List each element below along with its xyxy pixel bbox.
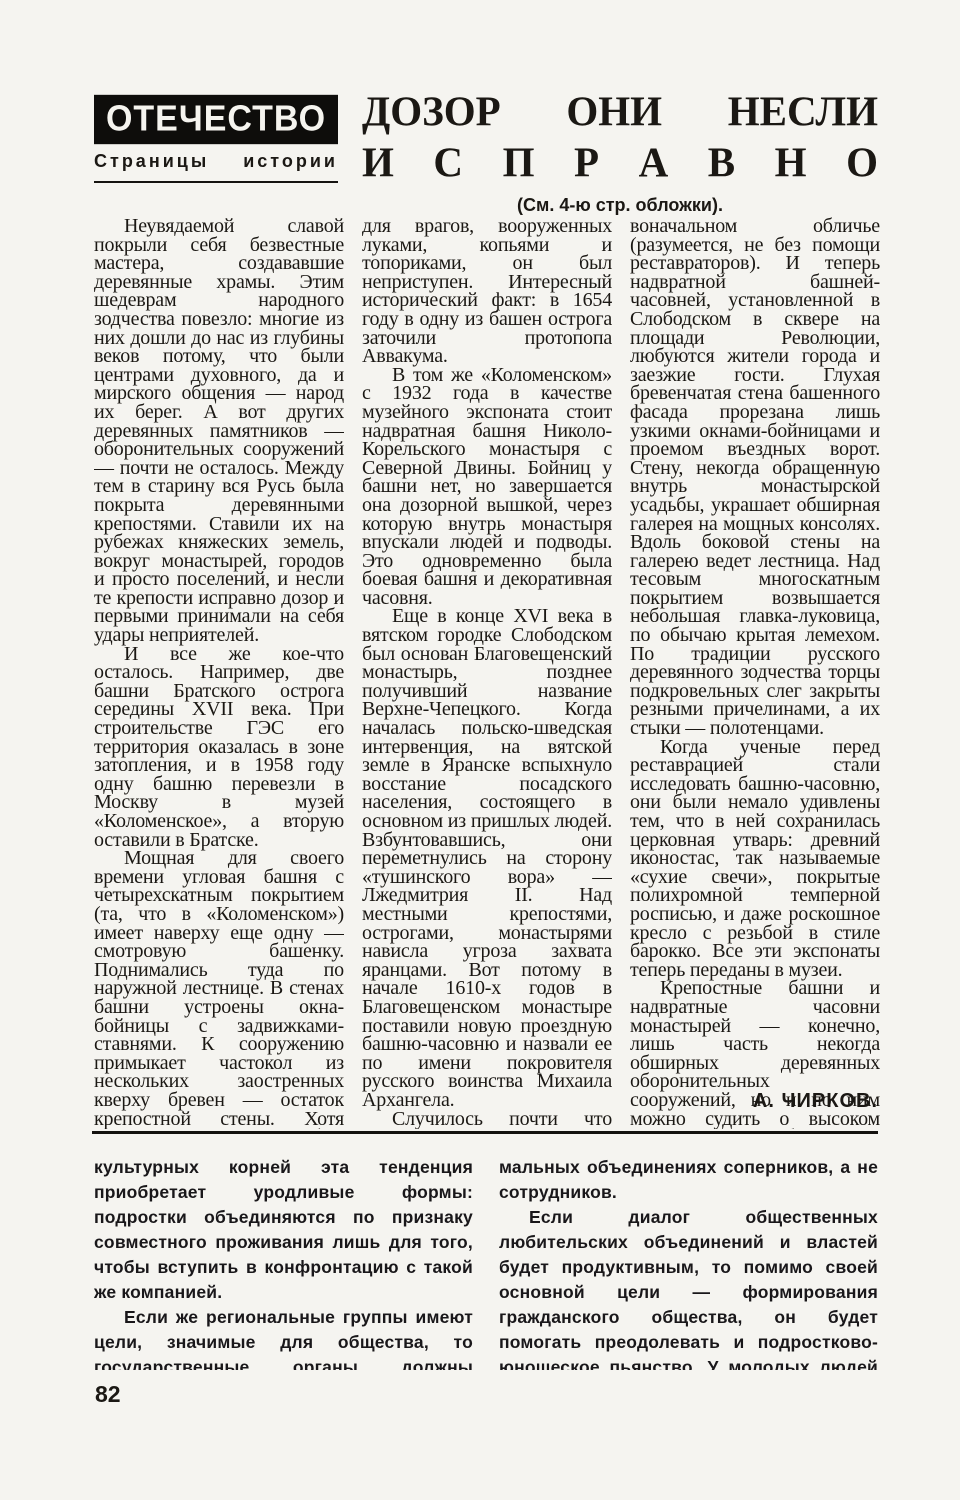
footer-column-1: культурных корней эта тенденция приобрет… — [94, 1155, 473, 1370]
article-title-line-1: ДОЗОР ОНИ НЕСЛИ — [362, 85, 878, 138]
article-body: Неувядаемой славой покрыли себя безвестн… — [94, 217, 880, 1129]
rubric-subtitle: Страницы истории — [94, 151, 338, 183]
paragraph: Если диалог общественных любительских об… — [499, 1205, 878, 1370]
paragraph: И все же кое-что осталось. Например, две… — [94, 645, 344, 850]
paragraph: Еще в конце XVI века в вятском городке С… — [362, 607, 612, 1109]
paragraph: мальных объединениях соперников, а не со… — [499, 1155, 878, 1205]
article-title-note: (См. 4-ю стр. обложки). — [362, 195, 878, 216]
paragraph: воначальном обличье (разумеется, не без … — [630, 217, 880, 738]
paragraph: Если же региональные группы имеют цели, … — [94, 1305, 473, 1370]
article-column-3: воначальном обличье (разумеется, не без … — [630, 217, 880, 1129]
footer-column-2: мальных объединениях соперников, а не со… — [499, 1155, 878, 1370]
paragraph: Мощная для своего времени угловая башня … — [94, 849, 344, 1129]
article-column-2: для врагов, вооруженных луками, копьями … — [362, 217, 612, 1129]
magazine-page: ОТЕЧЕСТВО Страницы истории ДОЗОР ОНИ НЕС… — [0, 0, 960, 1500]
author-signature: А. ЧИРКОВ. — [625, 1090, 878, 1113]
paragraph: культурных корней эта тенденция приобрет… — [94, 1155, 473, 1305]
page-number: 82 — [95, 1381, 121, 1408]
paragraph: Неувядаемой славой покрыли себя безвестн… — [94, 217, 344, 645]
paragraph: В том же «Коломенском» с 1932 года в кач… — [362, 366, 612, 608]
footer-article-body: культурных корней эта тенденция приобрет… — [94, 1155, 878, 1370]
article-title-line-2: И С П Р А В Н О — [362, 136, 878, 189]
section-divider-rule — [92, 1131, 878, 1134]
rubric-box: ОТЕЧЕСТВО — [94, 95, 338, 144]
paragraph: Случилось почти что чудо: вероятно, самы… — [362, 1110, 612, 1130]
paragraph: для врагов, вооруженных луками, копьями … — [362, 217, 612, 366]
rubric-label: ОТЕЧЕСТВО — [106, 99, 326, 140]
article-title: ДОЗОР ОНИ НЕСЛИ И С П Р А В Н О (См. 4-ю… — [362, 86, 878, 216]
article-column-1: Неувядаемой славой покрыли себя безвестн… — [94, 217, 344, 1129]
paragraph: Когда ученые перед реставрацией стали ис… — [630, 738, 880, 980]
